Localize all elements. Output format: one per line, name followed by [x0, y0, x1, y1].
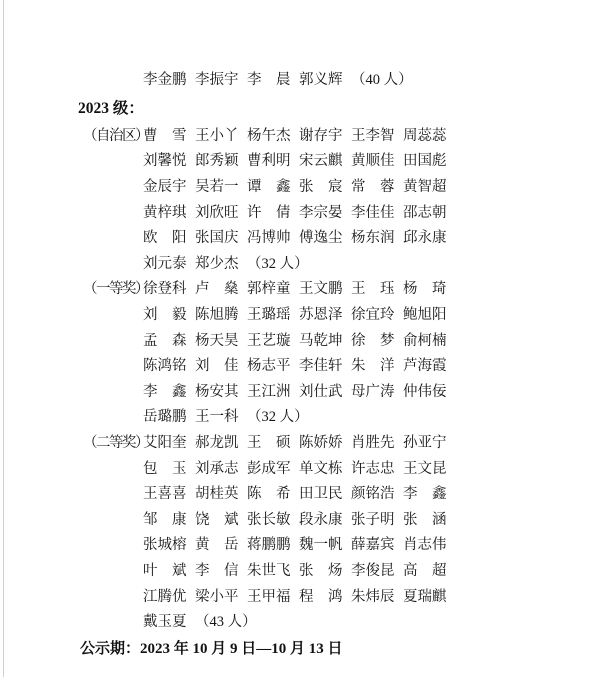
section-1-row-0: （一等奖）徐登科卢 燊郭梓童王文鹏王 珏杨 琦 [0, 275, 598, 301]
name-cell: 鲍旭阳 [403, 303, 455, 324]
name-cell: 吴若一 [195, 175, 247, 196]
name-cell: 张 宸 [299, 175, 351, 196]
name-cell: 程 鸿 [299, 585, 351, 606]
name-cell: 许 倩 [247, 201, 299, 222]
name-cell: 单文栋 [299, 457, 351, 478]
name-cell: 高 超 [403, 559, 455, 580]
name-cell: 王江洲 [247, 380, 299, 401]
count-cell: （32 人） [247, 252, 299, 273]
section-2-row-7: 戴玉夏（43 人） [0, 608, 598, 634]
name-cell: 刘欣旺 [195, 201, 247, 222]
grade-heading: 2023 级： [78, 96, 144, 118]
name-cell: 胡桂英 [195, 482, 247, 503]
name-cell: 肖胜先 [351, 431, 403, 452]
name-cell: 常 蓉 [351, 175, 403, 196]
name-cell: 黄顺佳 [351, 149, 403, 170]
count-cell: （32 人） [247, 405, 299, 426]
name-cell: 张城榕 [143, 533, 195, 554]
name-cell: 颜铭浩 [351, 482, 403, 503]
name-cell: 包 玉 [143, 457, 195, 478]
count-cell: （43 人） [195, 610, 247, 631]
name-cell: 李 鑫 [403, 482, 455, 503]
name-cell: 王李智 [351, 124, 403, 145]
name-cell: 王文鹏 [299, 277, 351, 298]
name-cell: 李 信 [195, 559, 247, 580]
name-cell: 俞柯楠 [403, 329, 455, 350]
name-cell: 岳璐鹏 [143, 405, 195, 426]
section-0-row-4: 欧 阳张国庆冯博帅傅逸尘杨东润邱永康 [0, 224, 598, 250]
name-cell: 杨安其 [195, 380, 247, 401]
name-cell: 张 涵 [403, 508, 455, 529]
name-cell: 彭成军 [247, 457, 299, 478]
name-cell: 饶 斌 [195, 508, 247, 529]
name-cell: 徐 梦 [351, 329, 403, 350]
name-cell: 欧 阳 [143, 226, 195, 247]
name-cell: 苏恩泽 [299, 303, 351, 324]
section-2-row-3: 邹 康饶 斌张长敏段永康张子明张 涵 [0, 506, 598, 532]
name-cell: 夏瑞麒 [403, 585, 455, 606]
notice-period-text: 公示期：2023 年 10 月 9 日—10 月 13 日 [80, 637, 343, 658]
section-1-row-3: 陈鸿铭刘 佳杨志平李佳轩朱 洋芦海霞 [0, 352, 598, 378]
grade-heading-row: 2023 级： [0, 92, 598, 122]
name-cell: 王 硕 [247, 431, 299, 452]
name-cell: 艾阳奎 [143, 431, 195, 452]
name-cell: 刘 毅 [143, 303, 195, 324]
name-cell: 魏一帆 [299, 533, 351, 554]
section-0-row-3: 黄梓琪刘欣旺许 倩李宗晏李佳佳邵志朝 [0, 198, 598, 224]
name-cell: 宋云麒 [299, 149, 351, 170]
name-cell: 孙亚宁 [403, 431, 455, 452]
name-cell: 朱世飞 [247, 559, 299, 580]
name-cell: 黄智超 [403, 175, 455, 196]
name-cell: 刘 佳 [195, 354, 247, 375]
name-cell: 王 珏 [351, 277, 403, 298]
name-cell: 邹 康 [143, 508, 195, 529]
name-cell: 王文昆 [403, 457, 455, 478]
name-cell: 蒋鹏鹏 [247, 533, 299, 554]
name-cell: 郭梓童 [247, 277, 299, 298]
name-cell: 刘仕武 [299, 380, 351, 401]
name-cell: 张国庆 [195, 226, 247, 247]
name-cell: 朱炜辰 [351, 585, 403, 606]
name-cell: 江腾优 [143, 585, 195, 606]
name-cell: 王喜喜 [143, 482, 195, 503]
name-cell: 陈娇娇 [299, 431, 351, 452]
name-cell: 田国彪 [403, 149, 455, 170]
section-label: （一等奖） [83, 277, 143, 298]
name-cell: 金辰宇 [143, 175, 195, 196]
name-cell: 李佳佳 [351, 201, 403, 222]
name-cell: 王甲福 [247, 585, 299, 606]
name-cell: 杨东润 [351, 226, 403, 247]
name-cell: 母广涛 [351, 380, 403, 401]
name-cell: 曹 雪 [143, 124, 195, 145]
name-cell: 卢 燊 [195, 277, 247, 298]
award-sections: （自治区）曹 雪王小丫杨午杰谢存宇王李智周蕊蕊刘馨悦郎秀颖曹利明宋云麒黄顺佳田国… [0, 122, 598, 634]
document-page: 李金鹏李振宇李 晨郭义辉（40 人） 2023 级： （自治区）曹 雪王小丫杨午… [0, 0, 598, 677]
name-cell: 王璐瑶 [247, 303, 299, 324]
section-0-row-1: 刘馨悦郎秀颖曹利明宋云麒黄顺佳田国彪 [0, 147, 598, 173]
name-cell: 仲伟佞 [403, 380, 455, 401]
section-1-row-5: 岳璐鹏王一科（32 人） [0, 403, 598, 429]
name-cell: 马乾坤 [299, 329, 351, 350]
section-2-row-5: 叶 斌李 信朱世飞张 炀李俊昆高 超 [0, 557, 598, 583]
name-cell: 郭义辉 [299, 68, 351, 89]
name-cell: 李 鑫 [143, 380, 195, 401]
name-cell: 段永康 [299, 508, 351, 529]
section-1-row-1: 刘 毅陈旭腾王璐瑶苏恩泽徐宜玲鲍旭阳 [0, 301, 598, 327]
name-cell: 田卫民 [299, 482, 351, 503]
name-cell: 杨午杰 [247, 124, 299, 145]
section-2-row-1: 包 玉刘承志彭成军单文栋许志忠王文昆 [0, 454, 598, 480]
name-cell: 叶 斌 [143, 559, 195, 580]
name-cell: 王艺璇 [247, 329, 299, 350]
name-cell: 朱 洋 [351, 354, 403, 375]
name-cell: 郑少杰 [195, 252, 247, 273]
name-cell: 曹利明 [247, 149, 299, 170]
section-2-row-2: 王喜喜胡桂英陈 希田卫民颜铭浩李 鑫 [0, 480, 598, 506]
name-cell: 李 晨 [247, 68, 299, 89]
section-2-row-4: 张城榕黄 岳蒋鹏鹏魏一帆薛嘉宾肖志伟 [0, 531, 598, 557]
section-0-row-5: 刘元泰郑少杰（32 人） [0, 250, 598, 276]
section-label: （自治区） [83, 124, 143, 145]
name-cell: 冯博帅 [247, 226, 299, 247]
section-1-row-4: 李 鑫杨安其王江洲刘仕武母广涛仲伟佞 [0, 378, 598, 404]
section-2-row-0: （二等奖）艾阳奎郝龙凯王 硕陈娇娇肖胜先孙亚宁 [0, 429, 598, 455]
name-cell: 孟 森 [143, 329, 195, 350]
name-cell: 徐宜玲 [351, 303, 403, 324]
name-cell: 郝龙凯 [195, 431, 247, 452]
name-cell: 郎秀颖 [195, 149, 247, 170]
name-cell: 杨 琦 [403, 277, 455, 298]
name-cell: 肖志伟 [403, 533, 455, 554]
name-cell: 邱永康 [403, 226, 455, 247]
name-cell: 李金鹏 [143, 68, 195, 89]
name-cell: 陈鸿铭 [143, 354, 195, 375]
name-cell: 徐登科 [143, 277, 195, 298]
name-cell: 戴玉夏 [143, 610, 195, 631]
name-cell: 张 炀 [299, 559, 351, 580]
name-cell: 谭 鑫 [247, 175, 299, 196]
name-cell: 刘承志 [195, 457, 247, 478]
name-cell: 杨志平 [247, 354, 299, 375]
name-cell: 刘馨悦 [143, 149, 195, 170]
name-cell: 张长敏 [247, 508, 299, 529]
section-label: （二等奖） [83, 431, 143, 452]
count-cell: （40 人） [351, 68, 403, 89]
name-cell: 王小丫 [195, 124, 247, 145]
document-content: 李金鹏李振宇李 晨郭义辉（40 人） 2023 级： （自治区）曹 雪王小丫杨午… [0, 66, 598, 661]
name-cell: 邵志朝 [403, 201, 455, 222]
names-continuation-row: 李金鹏李振宇李 晨郭义辉（40 人） [0, 66, 598, 92]
name-cell: 刘元泰 [143, 252, 195, 273]
section-2-row-6: 江腾优梁小平王甲福程 鸿朱炜辰夏瑞麒 [0, 582, 598, 608]
name-cell: 梁小平 [195, 585, 247, 606]
name-cell: 王一科 [195, 405, 247, 426]
name-cell: 陈 希 [247, 482, 299, 503]
name-cell: 许志忠 [351, 457, 403, 478]
name-cell: 周蕊蕊 [403, 124, 455, 145]
name-cell: 李佳轩 [299, 354, 351, 375]
section-0-row-2: 金辰宇吴若一谭 鑫张 宸常 蓉黄智超 [0, 173, 598, 199]
name-cell: 薛嘉宾 [351, 533, 403, 554]
name-cell: 芦海霞 [403, 354, 455, 375]
name-cell: 李宗晏 [299, 201, 351, 222]
name-cell: 黄 岳 [195, 533, 247, 554]
section-1-row-2: 孟 森杨天昊王艺璇马乾坤徐 梦俞柯楠 [0, 326, 598, 352]
name-cell: 黄梓琪 [143, 201, 195, 222]
notice-period-row: 公示期：2023 年 10 月 9 日—10 月 13 日 [0, 633, 598, 661]
name-cell: 张子明 [351, 508, 403, 529]
name-cell: 谢存宇 [299, 124, 351, 145]
name-cell: 李俊昆 [351, 559, 403, 580]
name-cell: 李振宇 [195, 68, 247, 89]
names-continuation-row-slot: 李金鹏李振宇李 晨郭义辉（40 人） [0, 66, 598, 92]
name-cell: 傅逸尘 [299, 226, 351, 247]
section-0-row-0: （自治区）曹 雪王小丫杨午杰谢存宇王李智周蕊蕊 [0, 122, 598, 148]
name-cell: 杨天昊 [195, 329, 247, 350]
name-cell: 陈旭腾 [195, 303, 247, 324]
